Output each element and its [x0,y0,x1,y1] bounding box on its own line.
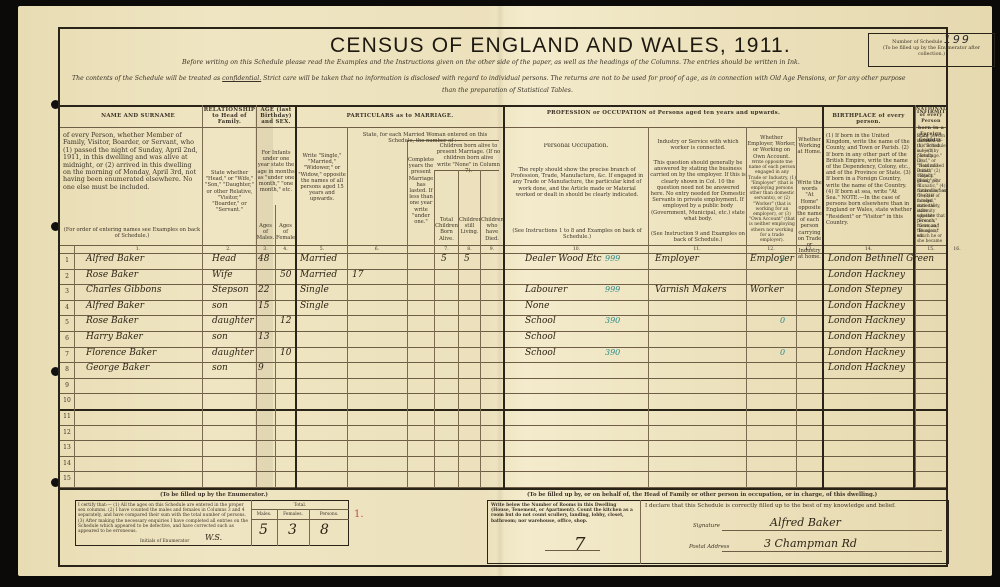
employment-code: 0 [780,348,785,357]
instruction-confidential: The contents of the Schedule will be tre… [72,75,906,82]
relationship: son [212,363,228,373]
employment-code: 0 [780,316,785,325]
header-age-desc: For Infants under one year state the age… [257,150,295,193]
relationship: daughter [212,348,254,358]
age-male: 48 [258,254,269,264]
column-number: 3. [256,247,275,252]
birthplace: London Hackney [828,348,905,358]
relationship: Wife [212,270,233,280]
header-children-born: Children born alive to present Marriage.… [436,143,501,174]
column-number: 5. [296,247,348,252]
females-label: Females. [277,512,309,517]
row-number: 13 [62,444,72,451]
marital-status: Married [300,254,337,264]
occupation-code: 999 [605,254,620,263]
age-female: 12 [280,316,291,326]
row-number: 12 [62,429,72,436]
employment-status: Employer [750,254,794,264]
person-name: Harry Baker [86,332,143,342]
household-heading: (To be filled up by, or on behalf of, th… [527,492,877,498]
relationship: Stepson [212,285,249,295]
total-females: 3 [288,522,297,538]
postal-address: 3 Champman Rd [764,537,857,550]
employment-status: Worker [750,285,783,295]
census-table: NAME AND SURNAME of every Person, whethe… [60,105,946,488]
person-name: Florence Baker [86,348,156,358]
person-name: Charles Gibbons [86,285,161,295]
number-of-rooms: 7 [574,534,585,555]
header-relationship-desc: State whether "Head," or "Wife," "Son," … [204,170,255,213]
personal-occupation: Dealer Wood Etc [525,254,602,264]
document-title: CENSUS OF ENGLAND AND WALES, 1911. [330,34,791,58]
header-total-children: Total Children Born Alive. [435,217,458,242]
persons-label: Persons. [309,512,349,517]
header-industry-desc: This question should generally be answer… [650,160,746,230]
row-number: 3 [62,288,72,295]
birthplace: London Hackney [828,363,905,373]
header-age-females: Ages of Females. [276,223,295,242]
column-number: 8. [459,247,480,252]
total-children: 5 [441,254,447,264]
row-number: 10 [62,397,72,404]
header-children-died: Children who have Died. [481,217,503,242]
red-tally-mark: 1. [354,509,364,520]
column-number: 4. [276,247,295,252]
row-number: 15 [62,475,72,482]
header-birthplace: BIRTHPLACE of every person. [824,113,913,125]
personal-occupation: School [525,332,556,342]
total-persons: 8 [320,522,329,538]
header-industry: Industry or Service with which worker is… [650,139,746,151]
header-personal-occupation-desc: The reply should show the precise branch… [508,167,646,198]
birthplace: London Hackney [828,316,905,326]
personal-occupation: School [525,348,556,358]
marital-status: Single [300,301,329,311]
occupation-code: 999 [605,285,620,294]
table-bottom-border [60,488,946,490]
marital-status: Single [300,285,329,295]
row-number: 9 [62,382,72,389]
postal-address-label: Postal Address [689,545,729,550]
rooms-instruction: Write below the Number of Rooms in this … [491,503,637,524]
header-marital-state: Write "Single," "Married," "Widower," or… [298,153,346,203]
enumerator-initials: W.S. [205,533,222,542]
header-children-living: Children still Living. [459,217,480,236]
header-employer-desc: Write opposite the name of each person e… [748,160,796,245]
schedule-number: 199 [944,33,971,46]
birthplace: London Hackney [828,301,905,311]
age-female: 10 [280,348,291,358]
children-living: 5 [464,254,470,264]
person-name: Alfred Baker [86,254,144,264]
enumerator-heading: (To be filled up by the Enumerator.) [160,492,268,498]
enumerator-certify: I certify that:— (1) All the ages on thi… [78,503,250,534]
occupation-code: 390 [605,348,620,357]
relationship: son [212,301,228,311]
signature-label: Signature [693,524,720,529]
schedule-number-label: Number of Schedule [892,40,942,45]
age-male: 13 [258,332,269,342]
row-number: 6 [62,335,72,342]
header-name-desc: of every Person, whether Member of Famil… [63,132,201,214]
declaration: I declare that this Schedule is correctl… [645,504,896,509]
column-number: 11. [648,247,746,252]
industry: Varnish Makers [655,285,727,295]
employment-code: 2 [780,254,785,263]
age-male: 22 [258,285,269,295]
header-birthplace-desc: (1) If born in the United Kingdom, write… [826,133,912,243]
schedule-number-box: Number of Schedule 199 (To be filled up … [868,33,995,67]
header-age-males: Ages of Males. [256,223,275,242]
personal-occupation: Labourer [525,285,567,295]
person-name: George Baker [86,363,149,373]
column-number: 10. [505,247,648,252]
total-males: 5 [259,522,268,538]
relationship: son [212,332,228,342]
person-name: Rose Baker [86,316,138,326]
header-profession: PROFESSION or OCCUPATION of Persons aged… [505,110,822,116]
header-personal-occupation: Personal Occupation. [506,143,646,149]
birthplace: London Hackney [828,270,905,280]
schedule-number-note: (To be filled up by the Enumerator after… [883,46,980,57]
header-name-note: (For order of entering names see Example… [63,227,201,239]
person-name: Alfred Baker [86,301,144,311]
age-male: 15 [258,301,269,311]
column-number: 1. [74,247,202,252]
header-industry-note: (See Instruction 9 and Examples on back … [650,231,746,243]
row-number: 5 [62,319,72,326]
header-marriage: PARTICULARS as to MARRIAGE. [297,113,503,119]
instruction-ink: Before writing on this Schedule please r… [182,59,800,66]
marital-status: Married [300,270,337,280]
enumerator-initials-label: Initials of Enumerator [140,539,189,544]
row-number: 4 [62,304,72,311]
males-label: Males. [251,512,277,517]
age-female: 50 [280,270,291,280]
header-relationship: RELATIONSHIP to Head of Family. [203,107,256,126]
column-number: 13. [796,247,822,252]
column-number: 9. [481,247,503,252]
header-personal-occupation-note: (See Instructions 1 to 8 and Examples on… [508,228,646,240]
header-years-married: Completed years the present Marriage has… [408,157,434,245]
row-number: 2 [62,273,72,280]
header-name: NAME AND SURNAME [74,113,202,119]
header-age: AGE (last Birthday) and SEX. [257,107,295,126]
industry: Employer [655,254,699,264]
infirmity-column-divider [915,105,916,488]
column-number: 16. [947,247,967,252]
relationship: Head [212,254,236,264]
personal-occupation: School [525,316,556,326]
header-infirmity-desc: If any person included in this Schedule … [917,133,947,243]
signature: Alfred Baker [770,516,841,529]
person-name: Rose Baker [86,270,138,280]
personal-occupation: None [525,301,549,311]
column-number: 12. [746,247,796,252]
birthplace: London Stepney [828,285,902,295]
column-number: 14. [824,247,913,252]
birthplace: London Hackney [828,332,905,342]
header-employer: Whether Employer, Worker, or Working on … [747,135,796,160]
row-number: 8 [62,366,72,373]
relationship: daughter [212,316,254,326]
row-number: 14 [62,460,72,467]
age-male: 9 [258,363,264,373]
row-number: 11 [62,413,72,420]
row-number: 7 [62,351,72,358]
occupation-code: 390 [605,316,620,325]
row-number: 1 [62,257,72,264]
header-infirmity: INFIRMITY. [917,110,947,116]
years-married: 17 [352,270,363,280]
instruction-statistical: than the preparation of Statistical Tabl… [442,87,573,94]
header-at-home: Whether Working at Home. [797,137,822,156]
total-label: Total. [251,503,349,508]
column-number: 15. [916,247,946,252]
column-number: 2. [202,247,255,252]
birthplace: London Bethnell Green [828,254,934,264]
column-number: 7. [435,247,458,252]
column-number: 6. [347,247,407,252]
